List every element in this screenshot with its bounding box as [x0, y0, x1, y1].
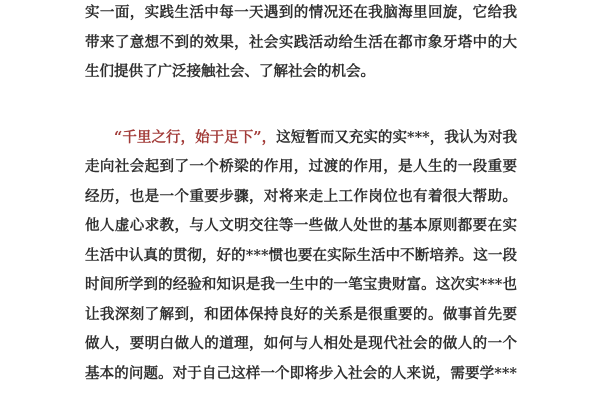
text-line: 他人虚心求教，与人文明交往等一些做人处世的基本原则都要在实际	[85, 211, 517, 241]
text-line: 经历，也是一个重要步骤，对将来走上工作岗位也有着很大帮助。向	[85, 182, 517, 212]
essay-page: 实一面，实践生活中每一天遇到的情况还在我脑海里回旋，它给我们 带来了意想不到的效…	[0, 0, 600, 400]
first-line-rest: 这短暂而又充实的实***，我认为对我	[276, 129, 517, 146]
text-line: 生活中认真的贯彻，好的***惯也要在实际生活中不断培养。这一段	[85, 241, 517, 271]
text-line: 走向社会起到了一个桥梁的作用，过渡的作用，是人生的一段重要的	[85, 152, 517, 182]
highlighted-quote: “千里之行，始于足下”，	[114, 129, 276, 146]
text-line-paragraph-start: “千里之行，始于足下”，这短暂而又充实的实***，我认为对我	[85, 123, 517, 153]
text-line: 让我深刻了解到，和团体保持良好的关系是很重要的。做事首先要学	[85, 300, 517, 330]
text-line-paragraph-end: 生们提供了广泛接触社会、了解社会的机会。	[85, 57, 517, 87]
text-line: 基本的问题。对于自己这样一个即将步入社会的人来说，需要学***	[85, 359, 517, 389]
text-line: 时间所学到的经验和知识是我一生中的一笔宝贵财富。这次实***也	[85, 270, 517, 300]
paragraph-gap	[85, 87, 517, 123]
text-line: 带来了意想不到的效果，社会实践活动给生活在都市象牙塔中的大学	[85, 28, 517, 58]
text-line: 实一面，实践生活中每一天遇到的情况还在我脑海里回旋，它给我们	[85, 0, 517, 28]
essay-body: 实一面，实践生活中每一天遇到的情况还在我脑海里回旋，它给我们 带来了意想不到的效…	[85, 0, 517, 388]
text-line: 做人，要明白做人的道理，如何与人相处是现代社会的做人的一个***	[85, 329, 517, 359]
